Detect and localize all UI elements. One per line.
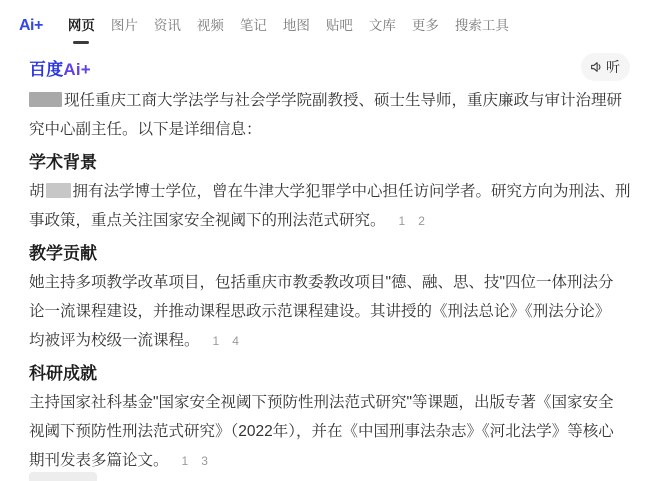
nav-tab-maps[interactable]: 地图 [283, 17, 310, 35]
section-lead-text: 胡 [29, 183, 45, 200]
section-text: 拥有法学博士学位，曾在牛津大学犯罪学中心担任访问学者。研究方向为刑法、刑 [73, 183, 631, 200]
listen-label: 听 [606, 57, 620, 77]
ai-plus-wordmark: Ai+ [63, 60, 91, 79]
section-academic-background: 学术背景 胡拥有法学博士学位，曾在牛津大学犯罪学中心担任访问学者。研究方向为刑法… [29, 150, 638, 235]
speaker-icon [589, 60, 603, 74]
citation-link[interactable]: 2 [418, 214, 425, 228]
section-line: 论一流课程建设，并推动课程思政示范课程建设。其讲授的《刑法总论》《刑法分论》 [29, 297, 638, 326]
nav-tab-search-tools[interactable]: 搜索工具 [455, 17, 509, 35]
nav-tab-web[interactable]: 网页 [68, 17, 95, 35]
redacted-name-block [46, 183, 71, 198]
intro-line: 现任重庆工商大学法学与社会学学院副教授、硕士生导师，重庆廉政与审计治理研 [29, 86, 638, 115]
baidu-ai-badge: 百度Ai+ [29, 55, 91, 80]
section-text: 事政策，重点关注国家安全视阈下的刑法范式研究。 [29, 212, 386, 229]
nav-tab-notes[interactable]: 笔记 [240, 17, 267, 35]
intro-line: 究中心副主任。以下是详细信息： [29, 115, 638, 144]
nav-tab-label: 网页 [68, 18, 95, 33]
citation-link[interactable]: 1 [399, 214, 406, 228]
nav-tab-more[interactable]: 更多 [412, 17, 439, 35]
citation-link[interactable]: 3 [201, 454, 208, 468]
section-text: 期刊发表多篇论文。 [29, 452, 169, 469]
nav-tab-tieba[interactable]: 贴吧 [326, 17, 353, 35]
active-tab-underline [73, 41, 89, 44]
intro-paragraph: 现任重庆工商大学法学与社会学学院副教授、硕士生导师，重庆廉政与审计治理研 究中心… [29, 86, 638, 144]
section-line: 胡拥有法学博士学位，曾在牛津大学犯罪学中心担任访问学者。研究方向为刑法、刑 [29, 177, 638, 206]
redacted-name-block [29, 92, 62, 107]
citation-link[interactable]: 1 [213, 334, 220, 348]
section-heading: 科研成就 [29, 361, 638, 386]
section-line: 视阈下预防性刑法范式研究》（2022年），并在《中国刑事法杂志》《河北法学》等核… [29, 417, 638, 446]
section-line: 期刊发表多篇论文。13 [29, 446, 638, 475]
baidu-wordmark: 百度 [29, 60, 63, 79]
section-line: 她主持多项教学改革项目，包括重庆市教委教改项目"德、融、思、技"四位一体刑法分 [29, 268, 638, 297]
bottom-partial-element [29, 472, 97, 481]
top-nav: Ai+ 网页 图片 资讯 视频 笔记 地图 贴吧 文库 更多 搜索工具 [0, 0, 650, 44]
citation-link[interactable]: 4 [232, 334, 239, 348]
nav-tab-images[interactable]: 图片 [111, 17, 138, 35]
section-line: 事政策，重点关注国家安全视阈下的刑法范式研究。12 [29, 206, 638, 235]
nav-tab-news[interactable]: 资讯 [154, 17, 181, 35]
section-teaching-contributions: 教学贡献 她主持多项教学改革项目，包括重庆市教委教改项目"德、融、思、技"四位一… [29, 241, 638, 355]
citation-link[interactable]: 1 [182, 454, 189, 468]
ai-summary: 现任重庆工商大学法学与社会学学院副教授、硕士生导师，重庆廉政与审计治理研 究中心… [0, 80, 650, 475]
ai-plus-logo[interactable]: Ai+ [19, 17, 43, 35]
section-heading: 学术背景 [29, 150, 638, 175]
section-line: 均被评为校级一流课程。14 [29, 326, 638, 355]
section-text: 均被评为校级一流课程。 [29, 332, 200, 349]
section-research-achievements: 科研成就 主持国家社科基金"国家安全视阈下预防性刑法范式研究"等课题，出版专著《… [29, 361, 638, 475]
intro-text: 现任重庆工商大学法学与社会学学院副教授、硕士生导师，重庆廉政与审计治理研 [64, 92, 622, 109]
brand-row: 百度Ai+ 听 [29, 54, 630, 80]
listen-button[interactable]: 听 [581, 53, 630, 81]
section-line: 主持国家社科基金"国家安全视阈下预防性刑法范式研究"等课题，出版专著《国家安全 [29, 388, 638, 417]
nav-tab-video[interactable]: 视频 [197, 17, 224, 35]
section-heading: 教学贡献 [29, 241, 638, 266]
nav-tab-wenku[interactable]: 文库 [369, 17, 396, 35]
